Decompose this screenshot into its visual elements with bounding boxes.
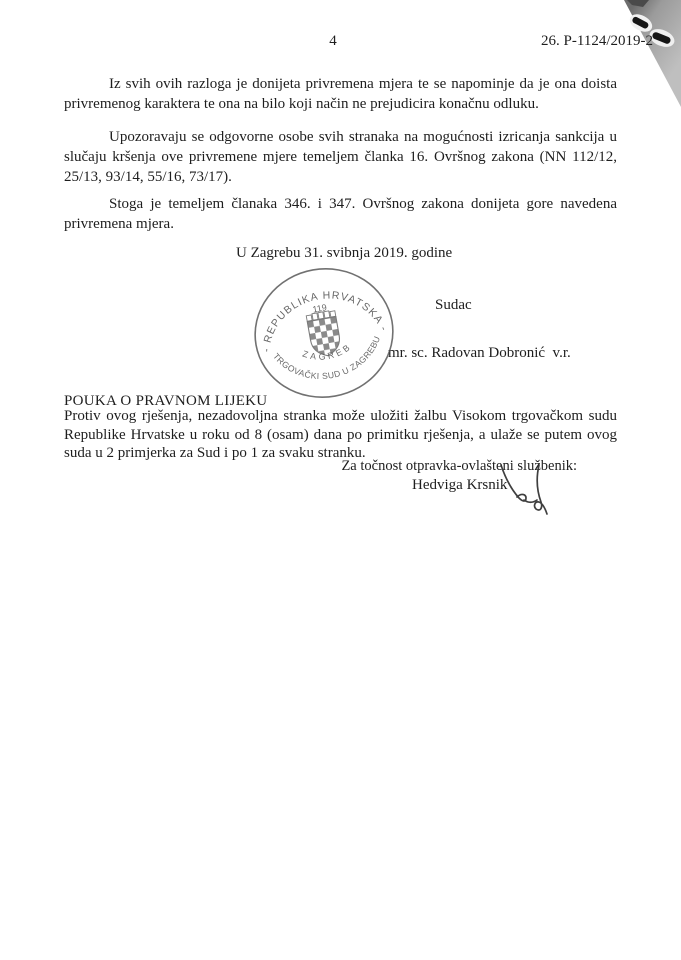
- handwritten-signature: [494, 462, 558, 520]
- scanned-court-document-page: 4 26. P-1124/2019-2 Iz svih ovih razloga…: [0, 0, 681, 960]
- court-stamp: - REPUBLIKA HRVATSKA - 119 ZAGREB TRGOVA…: [239, 254, 408, 412]
- paragraph-basis: Stoga je temeljem članaka 346. i 347. Ov…: [64, 194, 617, 234]
- judge-title: Sudac: [435, 295, 472, 315]
- page-number: 4: [318, 31, 348, 51]
- date-line: U Zagrebu 31. svibnja 2019. godine: [236, 243, 452, 263]
- paragraph-warning: Upozoravaju se odgovorne osobe svih stra…: [64, 127, 617, 187]
- legal-remedy-text: Protiv ovog rješenja, nezadovoljna stran…: [64, 407, 617, 463]
- judge-name: mr. sc. Radovan Dobronić v.r.: [388, 343, 571, 363]
- paragraph-reasons: Iz svih ovih razloga je donijeta privrem…: [64, 74, 617, 114]
- case-number: 26. P-1124/2019-2: [541, 31, 653, 51]
